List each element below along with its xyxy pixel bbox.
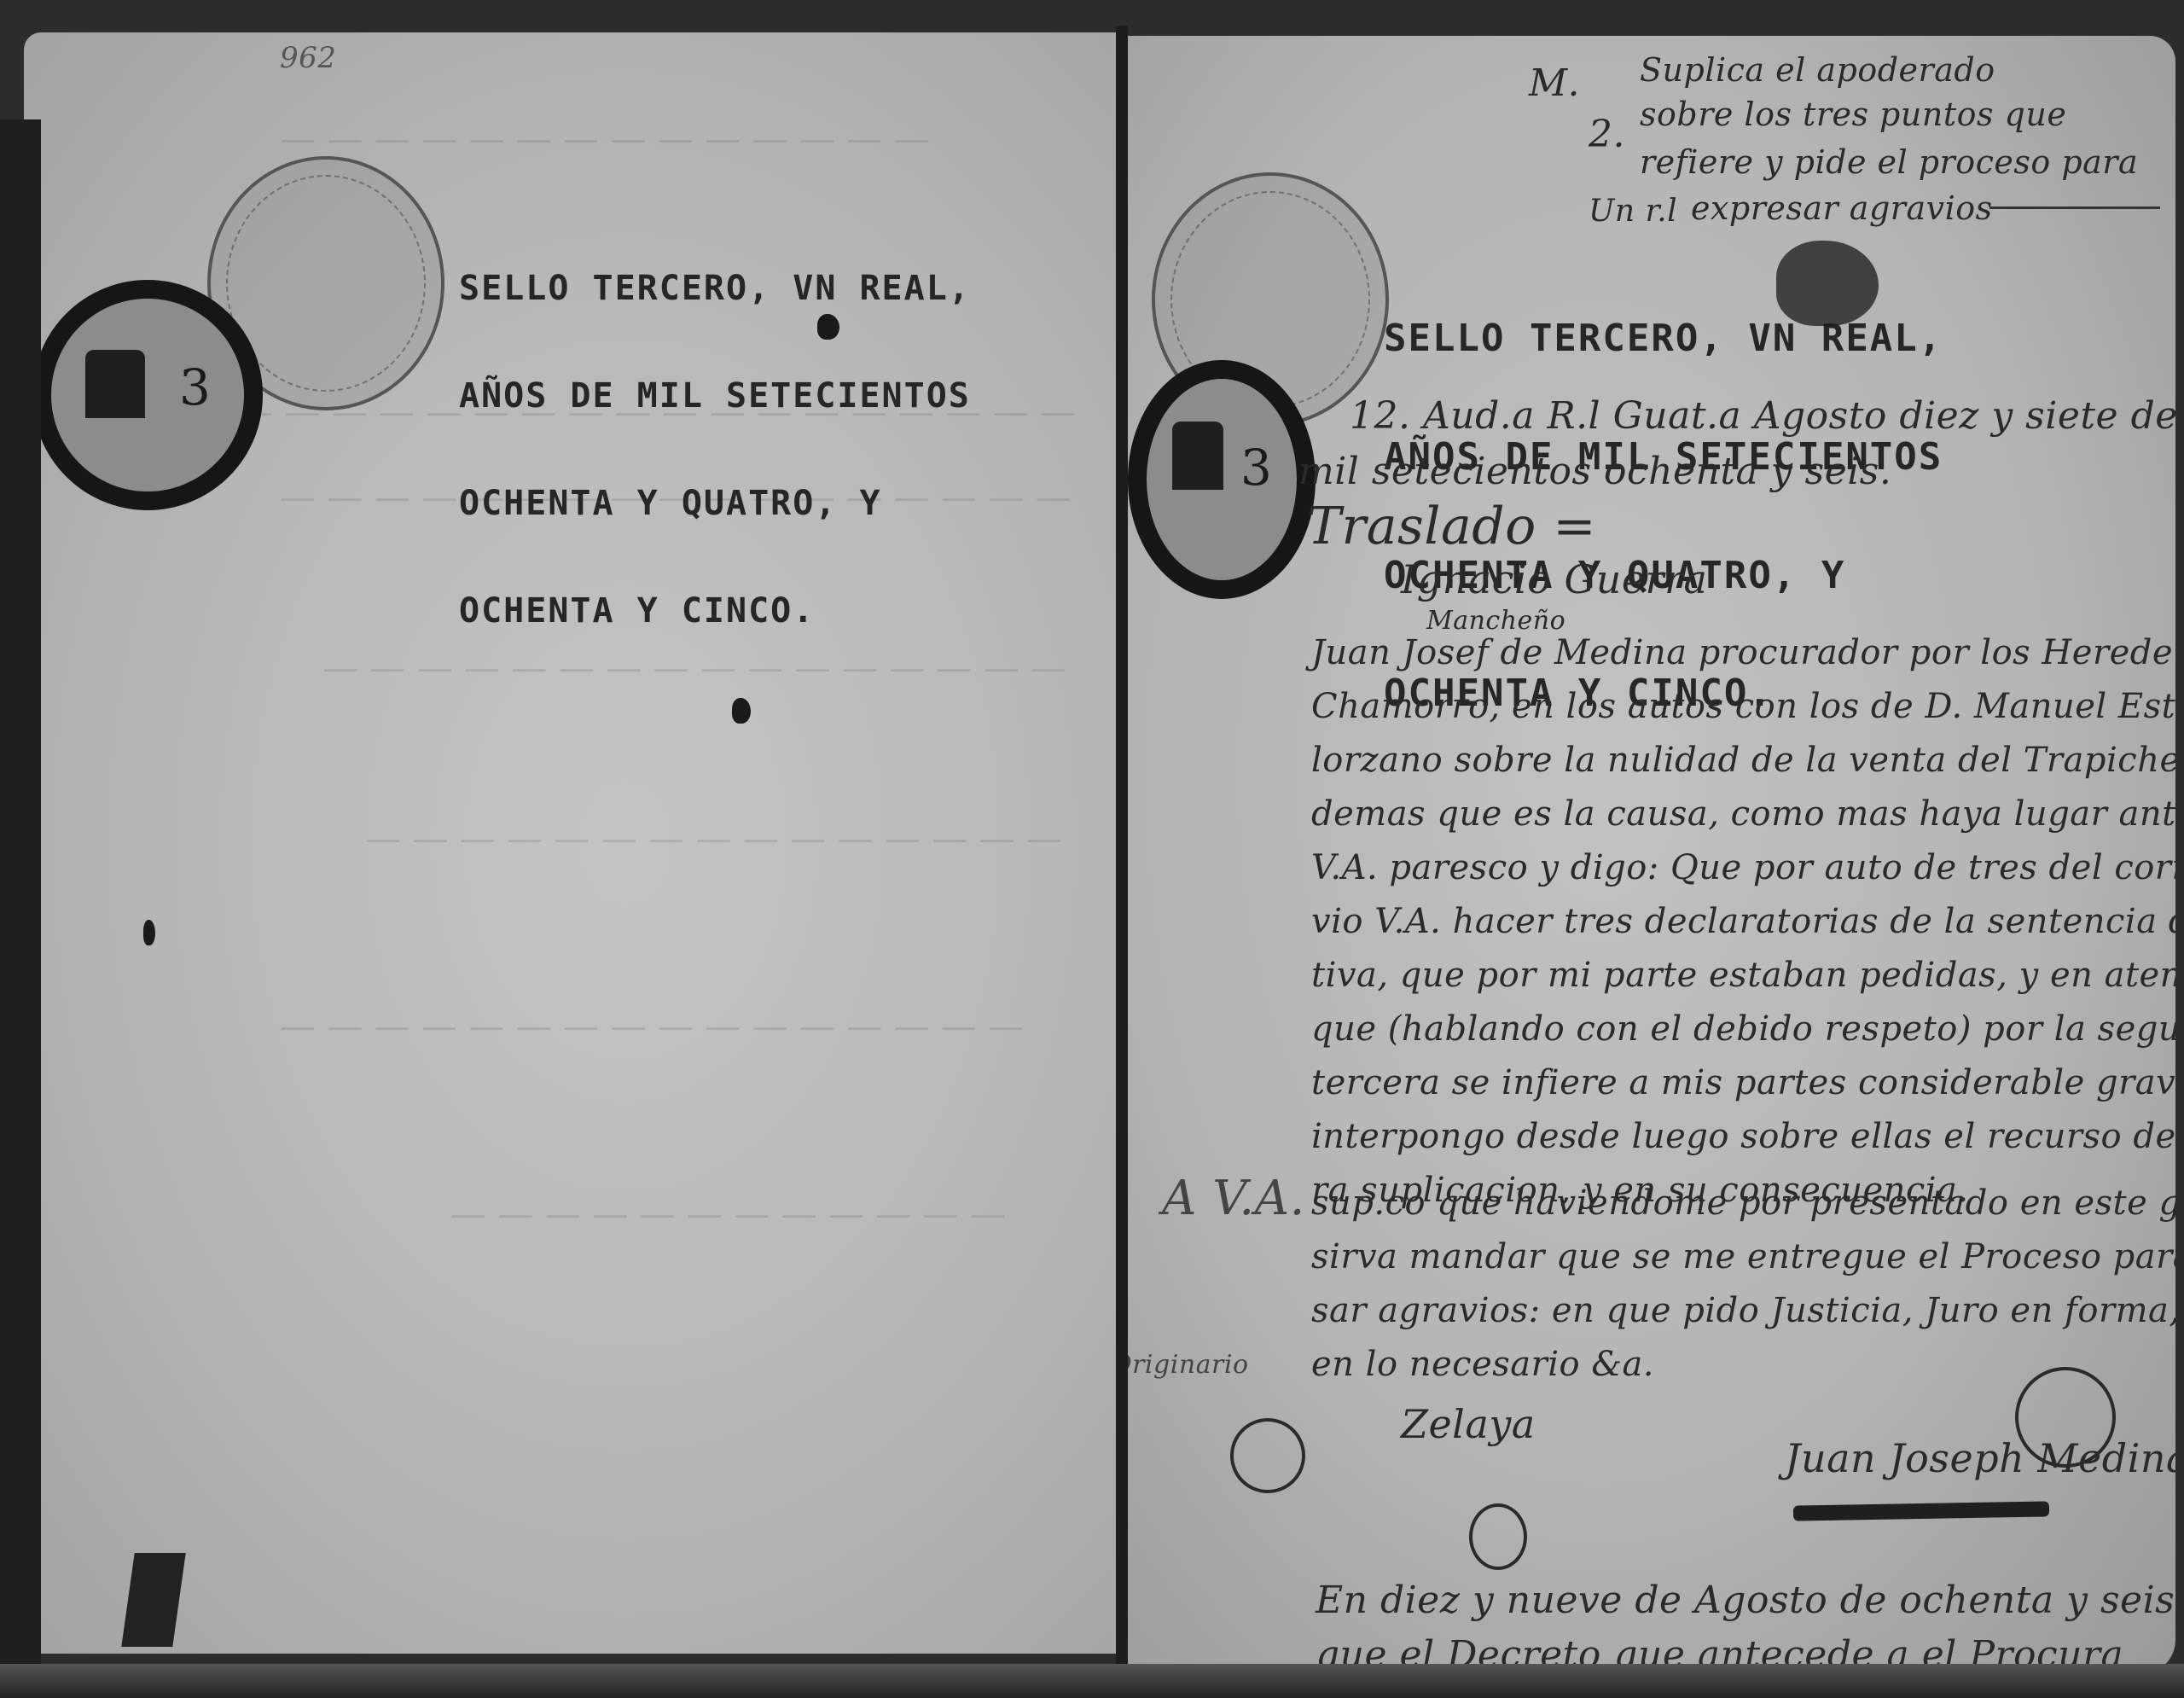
margin-note-line: expresar agravios [1691, 189, 1993, 227]
signature-sub: Mancheño [1426, 606, 1565, 636]
stamp-line: SELLO TERCERO, VN REAL, [1384, 319, 1943, 358]
book-spine [1116, 26, 1128, 1672]
scan-bottom-edge [0, 1664, 2184, 1698]
margin-mark: M. [1529, 61, 1580, 105]
margin-mark: Un r.l [1589, 194, 1677, 229]
margin-note-originario: Originario [1128, 1350, 1249, 1380]
margin-note-line: Suplica el apoderado [1640, 51, 1995, 89]
traslado: Traslado = [1307, 497, 1596, 556]
decree-line: mil setecientos ochenta y seis. [1298, 450, 1891, 493]
stamp-line: OCHENTA Y CINCO. [459, 593, 971, 629]
signature-zelaya: Zelaya [1401, 1401, 1536, 1447]
margin-mark: 2. [1589, 113, 1625, 156]
margin-note-line: sobre los tres puntos que [1640, 96, 2066, 133]
signature-rubric [1793, 1501, 2049, 1521]
petition-body: Juan Josef de Medina procurador por los … [1311, 633, 2175, 1224]
folio-number: 962 [280, 41, 336, 75]
margin-note-av-a: A V.A. [1162, 1171, 1305, 1226]
resello-stamp: 3 [32, 280, 263, 510]
book-edge [0, 119, 41, 1698]
right-page: M. 2. Suplica el apoderado sobre los tre… [1128, 36, 2175, 1674]
margin-note-line: refiere y pide el proceso para [1640, 143, 2138, 181]
signature-medina: Juan Joseph Medina [1785, 1435, 2175, 1481]
resello-stamp: 3 [1128, 360, 1316, 599]
decree-line: 12. Aud.a R.l Guat.a Agosto diez y siete… [1350, 394, 2175, 438]
left-page: 962 — — — — — — — — — — — — — — — — — — … [24, 32, 1118, 1654]
stamp-line: SELLO TERCERO, VN REAL, [459, 270, 971, 306]
stamp-line: OCHENTA Y QUATRO, Y [459, 486, 971, 521]
stamp-line: AÑOS DE MIL SETECIENTOS [459, 378, 971, 414]
petition-closing: sup.co que haviendome por presentado en … [1311, 1183, 2175, 1399]
stamp-header: SELLO TERCERO, VN REAL, AÑOS DE MIL SETE… [459, 199, 971, 701]
notification-line: En diez y nueve de Agosto de ochenta y s… [1316, 1579, 2175, 1622]
signature-ignacio-guerra: Ignacio Guerra [1401, 556, 1707, 602]
